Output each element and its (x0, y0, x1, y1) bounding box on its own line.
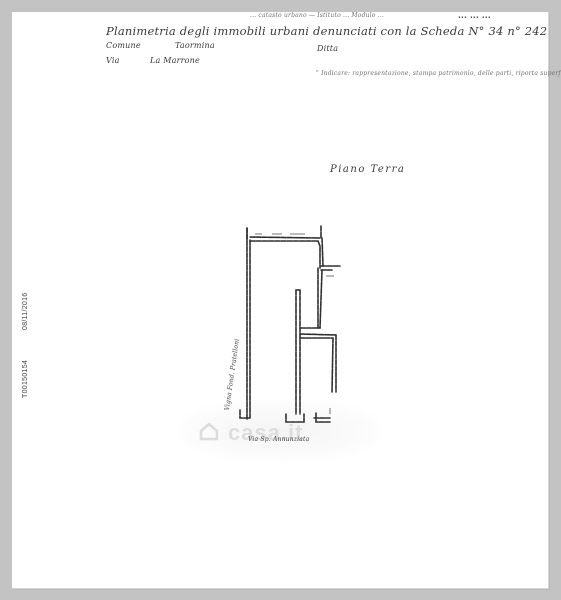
bottom-street-label: Via Sp. Annunziata (248, 436, 309, 443)
floor-plan-drawing (0, 0, 561, 600)
